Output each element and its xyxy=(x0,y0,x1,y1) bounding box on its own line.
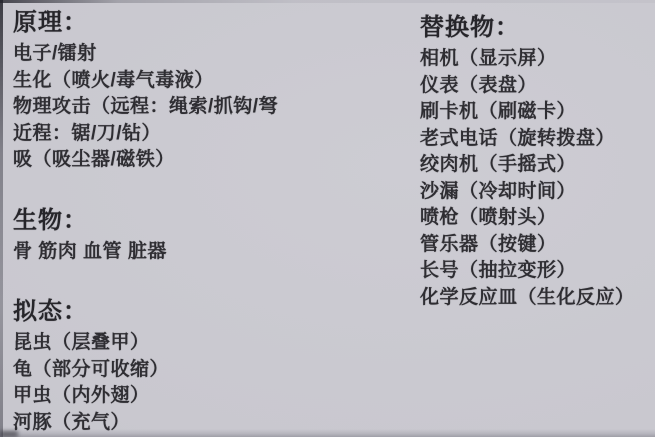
note-line: 相机（显示屏） xyxy=(420,46,655,73)
section-principles: 原理： 电子/镭射 生化（喷火/毒气毒液） 物理攻击（远程：绳索/抓钩/弩 近程… xyxy=(13,8,408,174)
note-line: 电子/镭射 xyxy=(13,41,408,68)
note-line: 喷枪（喷射头） xyxy=(420,205,655,232)
note-line: 刷卡机（刷磁卡） xyxy=(420,99,655,126)
note-line: 生化（喷火/毒气毒液） xyxy=(13,68,408,95)
section-heading-mimicry: 拟态： xyxy=(13,297,408,327)
note-line: 管乐器（按键） xyxy=(420,232,655,259)
photo-edge-left xyxy=(0,0,3,437)
left-column: 原理： 电子/镭射 生化（喷火/毒气毒液） 物理攻击（远程：绳索/抓钩/弩 近程… xyxy=(13,8,408,436)
note-line: 物理攻击（远程：绳索/抓钩/弩 xyxy=(13,94,408,121)
photo-edge-top xyxy=(0,0,655,3)
section-biology: 生物： 骨 筋肉 血管 脏器 xyxy=(13,206,408,266)
note-line: 绞肉机（手摇式） xyxy=(420,152,655,179)
section-mimicry: 拟态： 昆虫（层叠甲） 龟（部分可收缩） 甲虫（内外翅） 河豚（充气） xyxy=(13,297,408,436)
note-line: 仪表（表盘） xyxy=(420,73,655,100)
section-heading-substitutes: 替换物： xyxy=(420,13,655,43)
note-line: 龟（部分可收缩） xyxy=(13,357,408,384)
note-line: 老式电话（旋转拨盘） xyxy=(420,126,655,153)
right-column: 替换物： 相机（显示屏） 仪表（表盘） 刷卡机（刷磁卡） 老式电话（旋转拨盘） … xyxy=(420,13,655,311)
note-line: 昆虫（层叠甲） xyxy=(13,330,408,357)
section-substitutes: 替换物： 相机（显示屏） 仪表（表盘） 刷卡机（刷磁卡） 老式电话（旋转拨盘） … xyxy=(420,13,655,311)
note-line: 甲虫（内外翅） xyxy=(13,383,408,410)
handwritten-notes-photo: 原理： 电子/镭射 生化（喷火/毒气毒液） 物理攻击（远程：绳索/抓钩/弩 近程… xyxy=(0,0,655,437)
section-heading-biology: 生物： xyxy=(13,206,408,236)
note-line: 近程：锯/刀/钻） xyxy=(13,121,408,148)
note-line: 河豚（充气） xyxy=(13,410,408,437)
note-line: 骨 筋肉 血管 脏器 xyxy=(13,239,408,266)
note-line: 吸（吸尘器/磁铁） xyxy=(13,147,408,174)
section-heading-principles: 原理： xyxy=(13,8,408,38)
note-line: 化学反应皿（生化反应） xyxy=(420,285,655,312)
note-line: 沙漏（冷却时间） xyxy=(420,179,655,206)
note-line: 长号（抽拉变形） xyxy=(420,258,655,285)
